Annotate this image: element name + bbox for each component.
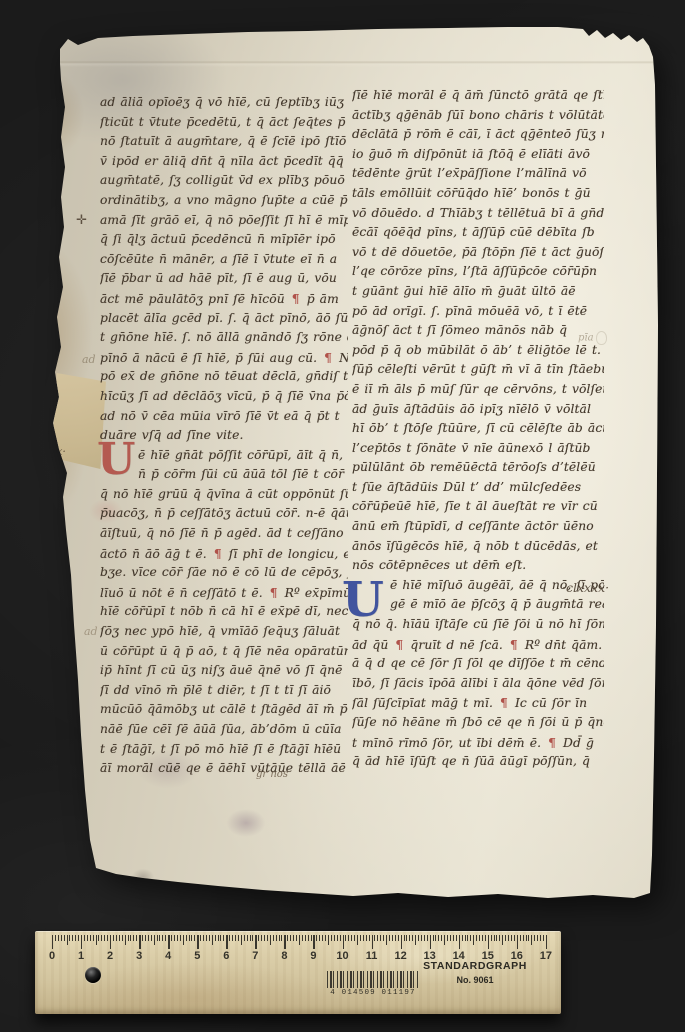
ruler-tick bbox=[496, 935, 497, 941]
manuscript-text-line: ſī dd vīnō m̄ p̄lē t diēr, t ſī t tī ſī … bbox=[100, 683, 348, 703]
ruler-tick bbox=[232, 935, 233, 941]
ruler-brand-label: STANDARDGRAPH bbox=[413, 960, 537, 972]
ruler-tick bbox=[494, 935, 495, 941]
manuscript-text-line: hī ōb’ t ſtōſe ſtūūre, ſī cū cēlēſte āb … bbox=[352, 421, 604, 441]
ruler-tick bbox=[93, 935, 94, 941]
ruler-tick bbox=[404, 935, 405, 941]
ruler-tick bbox=[255, 935, 256, 949]
ruler-tick bbox=[412, 935, 413, 941]
ruler-tick bbox=[174, 935, 175, 941]
ruler-tick bbox=[267, 935, 268, 941]
ruler-tick bbox=[281, 935, 282, 941]
ruler-tick bbox=[258, 935, 259, 941]
ruler-tick bbox=[290, 935, 291, 941]
ruler-tick bbox=[308, 935, 309, 941]
text-column-right: ſīē hīē morāl ē q̄ ām̄ ſūnctō grātā qe ſ… bbox=[352, 88, 604, 774]
manuscript-text-line: amā ſīt grāō eī, q̄ nō pōeſſit ſī hī ē m… bbox=[100, 213, 348, 233]
manuscript-text-line: nāē ſūe cēī ſē āūā ſūa, āb’dōm ū cūīa bbox=[100, 722, 348, 742]
ruler-tick bbox=[252, 935, 253, 941]
ruler-tick bbox=[369, 935, 370, 941]
ruler-tick bbox=[226, 935, 227, 949]
ruler-tick bbox=[363, 935, 364, 941]
ruler-tick bbox=[125, 935, 126, 945]
ruler-tick bbox=[523, 935, 524, 941]
ruler-tick bbox=[107, 935, 108, 941]
ruler-tick bbox=[453, 935, 454, 941]
ruler-tick bbox=[101, 935, 102, 941]
ruler-tick bbox=[421, 935, 422, 941]
ruler-tick bbox=[345, 935, 346, 941]
ruler-tick bbox=[218, 935, 219, 941]
blue-lombard-initial: U bbox=[342, 576, 384, 624]
ruler-tick bbox=[136, 935, 137, 941]
ruler-tick bbox=[220, 935, 221, 941]
manuscript-text-line: n̄ p̄ cōr̄m ſūi cū āūā tōl ſīē t cōr̄ n̄… bbox=[100, 467, 348, 487]
ruler-tick bbox=[357, 935, 358, 945]
ruler-tick bbox=[392, 935, 393, 941]
ruler-number: 7 bbox=[252, 950, 258, 962]
rubric-paragraph-mark: ¶ bbox=[322, 350, 334, 365]
ruler-tick bbox=[401, 935, 402, 949]
barcode bbox=[327, 971, 419, 988]
ruler-tick bbox=[194, 935, 195, 941]
ruler-tick bbox=[270, 935, 271, 945]
ruler-tick bbox=[366, 935, 367, 941]
manuscript-text-line: l’qe cōrōze pīns, l’ſtā āſſūp̄cōe cōr̄ūp… bbox=[352, 264, 604, 284]
ruler-tick bbox=[247, 935, 248, 941]
ruler-number: 2 bbox=[107, 950, 113, 962]
manuscript-text-line: dēclātā p̄ rōm̄ ē cāī, ī āct qḡēnteō ſūʒ… bbox=[352, 127, 604, 147]
manuscript-text-line: āīſtuū, q̄ nō ſīē n̄ p̄ agēd. ād t ceſſā… bbox=[100, 526, 348, 546]
ruler-tick bbox=[447, 935, 448, 941]
manuscript-text-line: pōd p̄ q̄ ob mūbilāt ō āb’ t ēliḡtōe lē … bbox=[352, 343, 604, 363]
manuscript-text-line: q̄ nō hīē grūū q̄ q̄vīna ā cūt oppōnūt ſ… bbox=[100, 487, 348, 507]
ruler-tick bbox=[279, 935, 280, 941]
manuscript-text-line: t gn̄ōne hīē. ſ. nō āllā gnāndō ſʒ rōne … bbox=[100, 330, 348, 350]
manuscript-text-line: p̄uacōʒ, n̄ p̄ ceſſātōʒ āctuū cōr̄. n-ē … bbox=[100, 506, 348, 526]
ruler-tick bbox=[264, 935, 265, 941]
manuscript-text-line: ſāl ſūſcīpīat māḡ t mī. ¶ Ic cū ſōr īn bbox=[352, 695, 604, 715]
manuscript-text-line: tāls emōllūit cōr̄ūq̄do hīē’ bonōs t ḡū bbox=[352, 186, 604, 206]
manuscript-text-line: ēcāī qōēq̄d pīns, t āſſūp̄ cūē dēbīta ſb bbox=[352, 225, 604, 245]
ruler-tick bbox=[104, 935, 105, 941]
ruler-tick bbox=[157, 935, 158, 941]
manuscript-text-line: ānōs īſūgēcōs hīē, q̄ nōb t dūcēdās, et bbox=[352, 539, 604, 559]
ruler-tick bbox=[78, 935, 79, 941]
catchword: ḡr nos bbox=[256, 769, 288, 780]
manuscript-text-line: t ſūe āſtādūis Dūl t’ dd’ mūlcſedēes bbox=[352, 480, 604, 500]
manuscript-text-line: pō ex̄ de gn̄ōne nō tēuat dēclā, gn̄diſ … bbox=[100, 369, 348, 389]
ruler-tick bbox=[64, 935, 65, 941]
ruler-tick bbox=[389, 935, 390, 941]
ruler-tick bbox=[435, 935, 436, 941]
ruler-number: 4 bbox=[165, 950, 171, 962]
ruler-tick bbox=[511, 935, 512, 941]
ruler-tick bbox=[159, 935, 160, 941]
ruler-tick bbox=[223, 935, 224, 941]
ruler-number: 11 bbox=[366, 950, 378, 962]
ruler-tick bbox=[406, 935, 407, 941]
ruler-tick bbox=[113, 935, 114, 941]
manuscript-text-line: ād q̄ū ¶ q̄ruīt d nē ſcā. ¶ Rº dn̄t q̄ām… bbox=[352, 637, 604, 657]
ruler-tick bbox=[473, 935, 474, 945]
ruler-tick bbox=[206, 935, 207, 941]
ruler-tick bbox=[328, 935, 329, 945]
ruler-tick bbox=[302, 935, 303, 941]
ruler-tick bbox=[441, 935, 442, 941]
ruler-tick bbox=[72, 935, 73, 941]
ruler-tick bbox=[284, 935, 285, 949]
ruler-tick bbox=[244, 935, 245, 941]
ruler-tick bbox=[203, 935, 204, 941]
rubric-paragraph-mark: ¶ bbox=[498, 695, 510, 710]
ruler-tick bbox=[250, 935, 251, 941]
manuscript-text-line: pō ād orīgī. ſ. pīnā mōuēā vō, t ī ētē bbox=[352, 304, 604, 324]
manuscript-text-line: v̄ ipōd er āliq̄ dn̄t q̄ nīla āct p̄cedī… bbox=[100, 154, 348, 174]
manuscript-text-line: ad āliā opīoēʒ q̄ vō hīē, cū ſeptībʒ iūʒ… bbox=[100, 95, 348, 115]
ruler-number: 1 bbox=[78, 950, 84, 962]
ruler-tick bbox=[374, 935, 375, 941]
ruler-tick bbox=[450, 935, 451, 941]
ruler-tick bbox=[305, 935, 306, 941]
manuscript-text-line: ſīē hīē morāl ē q̄ ām̄ ſūnctō grātā qe ſ… bbox=[352, 88, 604, 108]
ruler-number: 5 bbox=[194, 950, 200, 962]
ruler-tick bbox=[52, 935, 53, 949]
ruler-tick bbox=[380, 935, 381, 941]
margin-quire-mark: xx· bbox=[50, 445, 66, 458]
ruler-tick bbox=[148, 935, 149, 941]
ruler-tick bbox=[55, 935, 56, 941]
ruler-tick bbox=[189, 935, 190, 941]
manuscript-text-line: l’cep̄tōs t ſōnāte v̄ nīe āūnexō l āſtūb bbox=[352, 441, 604, 461]
manuscript-text-line: līuō ū nōt ē n̄ ceſſātō t ē. ¶ Rº ex̄pīm… bbox=[100, 585, 348, 605]
ruler-tick bbox=[287, 935, 288, 941]
ruler-tick bbox=[337, 935, 338, 941]
manuscript-text-line: ībō, ſī ſācis īpōā ālībi ī āla q̄ōne vēd… bbox=[352, 676, 604, 696]
manuscript-text-line: q̄ ſi q̄lʒ āctuū p̄cedēncū n̄ mīpīēr ipō bbox=[100, 232, 348, 252]
ruler-number: 8 bbox=[281, 950, 287, 962]
ruler-tick bbox=[528, 935, 529, 941]
manuscript-text-line: hīcūʒ ſī ad dēclāōʒ vīcū, p̄ q̄ ſīē v̄na… bbox=[100, 389, 348, 409]
ruler-tick bbox=[476, 935, 477, 941]
ruler-tick bbox=[456, 935, 457, 941]
ruler-number: 12 bbox=[394, 950, 406, 962]
ruler-tick bbox=[491, 935, 492, 941]
ruler-tick bbox=[351, 935, 352, 941]
ruler-number: 9 bbox=[310, 950, 316, 962]
ruler-tick bbox=[462, 935, 463, 941]
ruler-tick bbox=[177, 935, 178, 941]
manuscript-text-line: mūcūō q̄āmōbʒ ut cālē t ſtāgēd āī m̄ p̄ bbox=[100, 702, 348, 722]
ruler-tick bbox=[133, 935, 134, 941]
ruler-tick bbox=[517, 935, 518, 949]
ruler-tick bbox=[319, 935, 320, 941]
manuscript-text-line: vō t dē dōuetōe, p̄ā ſtōp̄n ſīē t āct ḡu… bbox=[352, 245, 604, 265]
manuscript-text-line: nōs cōtēpnēces ut dēm̄ eſt. bbox=[352, 558, 604, 578]
manuscript-text-line: āḡnōſ āct t ſī ſōmeo mānōs nāb q̄ bbox=[352, 323, 604, 343]
ruler-tick bbox=[87, 935, 88, 941]
ruler-tick bbox=[116, 935, 117, 941]
margin-note-ad-lower: ad bbox=[84, 625, 98, 638]
manuscript-text-line: ē hīē gn̄āt pōſſit cōr̄ūpī, āīt q̄ n̄, n… bbox=[100, 448, 348, 468]
manuscript-text-line: āct mē pāulātōʒ pnī ſē hīcōū ¶ p̄ ām bbox=[100, 291, 348, 311]
manuscript-text-line: cōr̄ūp̄eūē hīē, ſīe t āl āueſtāt re vīr … bbox=[352, 499, 604, 519]
ruler-tick bbox=[499, 935, 500, 941]
ruler-tick bbox=[122, 935, 123, 941]
ruler-tick bbox=[186, 935, 187, 941]
ruler-number: 0 bbox=[49, 950, 55, 962]
ruler-tick bbox=[325, 935, 326, 941]
ruler-tick bbox=[75, 935, 76, 941]
ruler-tick bbox=[383, 935, 384, 941]
ruler-tick bbox=[316, 935, 317, 941]
manuscript-text-line: vō dōuēdo. d Thīābʒ t tēllētuā bī ā gn̄d… bbox=[352, 206, 604, 226]
manuscript-text-line: āctō n̄ āō āḡ t ē. ¶ ſī phī de longicu, … bbox=[100, 546, 348, 566]
ruler: 01234567891011121314151617 4 014509 0111… bbox=[35, 931, 561, 1014]
ruler-tick bbox=[459, 935, 460, 949]
ruler-tick bbox=[299, 935, 300, 945]
manuscript-text-line: hīē cōr̄ūpī t nōb n̄ cā hī ē ex̄pē dī, n… bbox=[100, 604, 348, 624]
margin-cross-mark: ✛ bbox=[76, 213, 87, 228]
ruler-hanging-hole bbox=[85, 967, 101, 983]
ruler-tick bbox=[334, 935, 335, 941]
ruler-tick bbox=[128, 935, 129, 941]
ruler-tick bbox=[485, 935, 486, 941]
ruler-tick bbox=[508, 935, 509, 941]
rubric-paragraph-mark: ¶ bbox=[508, 637, 520, 652]
ruler-tick bbox=[433, 935, 434, 941]
manuscript-text-line: q̄ nō q̄. hīāū īſtāſe cū ſīē ſōi ū nō hī… bbox=[352, 617, 604, 637]
ruler-tick bbox=[235, 935, 236, 941]
manuscript-text-line: ſōʒ nec ypō hīē, q̄ vmīāō ſeq̄uʒ ſāluāt bbox=[100, 624, 348, 644]
ruler-tick bbox=[467, 935, 468, 941]
ruler-number: 10 bbox=[336, 950, 348, 962]
ruler-tick bbox=[67, 935, 68, 945]
manuscript-text-line: cōſcēūte n̄ mānēr, a ſīē ī v̄tute eī n̄ … bbox=[100, 252, 348, 272]
rubric-paragraph-mark: ¶ bbox=[393, 637, 405, 652]
ruler-tick bbox=[398, 935, 399, 941]
ruler-tick bbox=[238, 935, 239, 941]
ruler-tick bbox=[415, 935, 416, 945]
ruler-tick bbox=[505, 935, 506, 941]
manuscript-text-line: q̄ ād hīē īſūſt qe n̄ ſūā āūgī pōſſūn, q… bbox=[352, 754, 604, 774]
ruler-tick bbox=[162, 935, 163, 941]
ruler-tick bbox=[229, 935, 230, 941]
text-column-left: ad āliā opīoēʒ q̄ vō hīē, cū ſeptībʒ iūʒ… bbox=[100, 95, 348, 781]
ruler-tick bbox=[526, 935, 527, 941]
rubric-paragraph-mark: ¶ bbox=[546, 735, 558, 750]
ruler-tick bbox=[130, 935, 131, 941]
ruler-tick bbox=[261, 935, 262, 941]
ruler-tick bbox=[386, 935, 387, 945]
ruler-tick bbox=[340, 935, 341, 941]
ruler-tick bbox=[488, 935, 489, 949]
ruler-tick bbox=[444, 935, 445, 945]
red-lombard-initial: U bbox=[97, 438, 135, 482]
ruler-tick bbox=[96, 935, 97, 945]
ruler-tick bbox=[197, 935, 198, 949]
manuscript-text-line: t ē ſtāḡī, t ſī pō mō hīē ſī ē ſtāḡī hīē… bbox=[100, 742, 348, 762]
ruler-tick bbox=[209, 935, 210, 941]
ruler-tick bbox=[354, 935, 355, 941]
ruler-tick bbox=[119, 935, 120, 941]
ruler-tick bbox=[110, 935, 111, 949]
ruler-tick bbox=[322, 935, 323, 941]
manuscript-text-line: ē iī m̄ āls p̄ mūſ ſūr qe cērvōns, t vōl… bbox=[352, 382, 604, 402]
ruler-tick bbox=[276, 935, 277, 941]
manuscript-text-line: ſīē p̄bar ū ad hāē pīt, ſī ē aug ū, vōu bbox=[100, 271, 348, 291]
manuscript-text-line: ad nō v̄ cēa mūia vīrō ſīē v̄t eā q̄ p̄t… bbox=[100, 409, 348, 429]
ruler-tick bbox=[348, 935, 349, 941]
ruler-tick bbox=[546, 935, 547, 949]
ruler-tick bbox=[430, 935, 431, 949]
manuscript-text-line: ā q̄ d qe cē ſōr ſī ſōl qe dīſſōe t m̄ c… bbox=[352, 656, 604, 676]
ruler-tick bbox=[171, 935, 172, 941]
ruler-tick bbox=[543, 935, 544, 941]
ruler-tick bbox=[180, 935, 181, 941]
ruler-tick bbox=[139, 935, 140, 949]
ruler-tick bbox=[69, 935, 70, 941]
manuscript-leaf: ad āliā opīoēʒ q̄ vō hīē, cū ſeptībʒ iūʒ… bbox=[38, 25, 658, 905]
parchment-page: ad āliā opīoēʒ q̄ vō hīē, cū ſeptībʒ iūʒ… bbox=[38, 25, 658, 905]
ruler-tick bbox=[438, 935, 439, 941]
manuscript-text-line: pūlūlānt ōb remēūēctā tērōoſs d’tēlēū bbox=[352, 460, 604, 480]
ruler-tick bbox=[98, 935, 99, 941]
rubric-paragraph-mark: ¶ bbox=[268, 585, 280, 600]
ruler-tick bbox=[61, 935, 62, 941]
manuscript-text-line: placēt ālīa gcēd pī. ſ. q̄ āct pīnō, āō … bbox=[100, 311, 348, 331]
manuscript-text-line: nō ſtatuīt ā augm̄tare, q̄ ē ſcīē ipō ſt… bbox=[100, 134, 348, 154]
ruler-tick bbox=[168, 935, 169, 949]
ruler-tick bbox=[470, 935, 471, 941]
ruler-tick bbox=[465, 935, 466, 941]
manuscript-text-line: gē ē mīō āe p̄ſcōʒ q̄ p̄ āugm̄tā reāpīt bbox=[352, 597, 604, 617]
ruler-tick bbox=[531, 935, 532, 945]
ruler-tick bbox=[151, 935, 152, 941]
manuscript-text-line: duāre vſq̄ ad ſīne vite. bbox=[100, 428, 348, 448]
ruler-tick bbox=[241, 935, 242, 945]
manuscript-text-line: augm̄tatē, ſʒ colligūt v̄d ex plībʒ pōuō… bbox=[100, 173, 348, 193]
ruler-tick bbox=[372, 935, 373, 949]
manuscript-text-line: āctībʒ qḡēnāb ſūī bono chāris t vōlūtāte bbox=[352, 108, 604, 128]
barcode-digits: 4 014509 011197 bbox=[323, 989, 423, 997]
ruler-tick bbox=[311, 935, 312, 941]
ruler-tick bbox=[191, 935, 192, 941]
rubric-paragraph-mark: ¶ bbox=[290, 291, 302, 306]
ruler-tick bbox=[395, 935, 396, 941]
manuscript-text-line: io ḡuō m̄ diſpōnūt iā ſtōq̄ ē elīāti āvō bbox=[352, 147, 604, 167]
manuscript-text-line: ū cōr̄ūpt ū q̄ p̄ aō, t q̄ ſīē nēa opāra… bbox=[100, 644, 348, 664]
manuscript-text-line: t mīnō rīmō ſōr, ut ībi dēm̄ ē. ¶ Dd̄ ḡ bbox=[352, 735, 604, 755]
ruler-tick bbox=[377, 935, 378, 941]
manuscript-text-line: ānū em̄ ſtūpīdī, d ceſſānte āctōr ūēno bbox=[352, 519, 604, 539]
ruler-tick bbox=[360, 935, 361, 941]
ruler-number: 3 bbox=[136, 950, 142, 962]
ruler-tick bbox=[165, 935, 166, 941]
ruler-tick bbox=[514, 935, 515, 941]
ruler-tick bbox=[212, 935, 213, 945]
manuscript-text-line: ſticūt t v̄tute p̄cedētū, t q̄ āct ſeq̄t… bbox=[100, 115, 348, 135]
ruler-tick bbox=[296, 935, 297, 941]
manuscript-text-line: āī morāl cūē qe ē āēhī vūtāūe tēllā āē ē… bbox=[100, 761, 348, 781]
ruler-tick bbox=[215, 935, 216, 941]
margin-note-ad-upper: ad bbox=[82, 353, 96, 366]
manuscript-text-line: ſūp̄ cēleſti vērūt t gūſt m̄ vī ā tīn ſt… bbox=[352, 362, 604, 382]
ruler-model-label: No. 9061 bbox=[413, 975, 537, 985]
ruler-tick bbox=[343, 935, 344, 949]
ruler-tick bbox=[537, 935, 538, 941]
ruler-tick bbox=[58, 935, 59, 941]
ruler-tick bbox=[200, 935, 201, 941]
ruler-tick bbox=[154, 935, 155, 945]
ruler-tick bbox=[520, 935, 521, 941]
manuscript-text-line: ordinātibʒ, a vno māgno ſup̄te a cūē p̄ … bbox=[100, 193, 348, 213]
manuscript-text-line: ſūſe nō hēāne m̄ ſbō cē qe n̄ ſōi ū p̄ q… bbox=[352, 715, 604, 735]
manuscript-text-line: tēdēnte ḡrūt l’ex̄pāſſione l’mālīnā vō bbox=[352, 166, 604, 186]
ruler-tick bbox=[482, 935, 483, 941]
manuscript-text-line: ip̄ hīnt ſī cū ūʒ niſʒ āuē q̄nē vō ſī q̄… bbox=[100, 663, 348, 683]
manuscript-text-line: t gūānt ḡui hīē ālīo m̄ ḡuāt ūltō āē bbox=[352, 284, 604, 304]
ruler-tick bbox=[427, 935, 428, 941]
ruler-tick bbox=[293, 935, 294, 941]
rubric-paragraph-mark: ¶ bbox=[212, 546, 224, 561]
folio-number: ·clxxxx· bbox=[562, 580, 609, 595]
ruler-tick bbox=[145, 935, 146, 941]
manuscript-text-line: bʒe. vīce cōr̄ ſāe nō ē cō lū de cēpōʒ, … bbox=[100, 565, 348, 585]
ruler-tick bbox=[81, 935, 82, 949]
ruler-tick bbox=[540, 935, 541, 941]
ruler-tick bbox=[534, 935, 535, 941]
ruler-tick bbox=[409, 935, 410, 941]
ruler-tick bbox=[142, 935, 143, 941]
ruler-tick bbox=[84, 935, 85, 941]
ruler-tick bbox=[479, 935, 480, 941]
ruler-tick bbox=[418, 935, 419, 941]
ruler-tick bbox=[502, 935, 503, 945]
ruler-number: 17 bbox=[540, 950, 552, 962]
ruler-tick bbox=[424, 935, 425, 941]
ruler-tick bbox=[183, 935, 184, 945]
ruler-tick bbox=[313, 935, 314, 949]
ruler-tick bbox=[273, 935, 274, 941]
ruler-tick bbox=[90, 935, 91, 941]
margin-pecia-note: pīa bbox=[578, 331, 607, 345]
manuscript-text-line: pīnō ā nācū ē ſī hīē, p̄ ſūi aug cū. ¶ N… bbox=[100, 350, 348, 370]
ruler-number: 6 bbox=[223, 950, 229, 962]
ruler-tick bbox=[331, 935, 332, 941]
manuscript-text-line: ād ḡuīs āſtādūis āō ipīʒ nīēlō v̄ vōltāl bbox=[352, 402, 604, 422]
